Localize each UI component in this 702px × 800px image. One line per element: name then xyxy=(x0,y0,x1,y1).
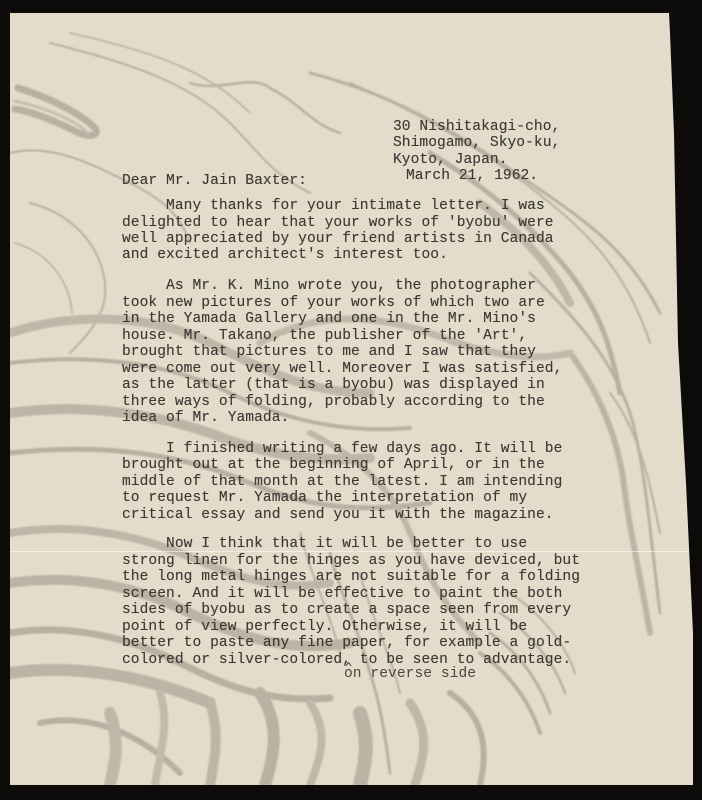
paragraph-3-line: brought out at the beginning of April, o… xyxy=(122,457,545,473)
paragraph-3-line: critical essay and send you it with the … xyxy=(122,507,554,523)
paragraph-2-line: house. Mr. Takano, the publisher of the … xyxy=(122,328,527,344)
letter-body: 30 Nishitakagi-cho, Shimogamo, Skyo-ku, … xyxy=(10,13,693,785)
address-line-1: 30 Nishitakagi-cho, xyxy=(393,119,560,135)
letter-date: March 21, 1962. xyxy=(406,168,538,184)
paragraph-1-line: Many thanks for your intimate letter. I … xyxy=(122,198,545,214)
paragraph-2-line: idea of Mr. Yamada. xyxy=(122,410,289,426)
paragraph-1-line: and excited architect's interest too. xyxy=(122,247,448,263)
paragraph-4-line: the long metal hinges are not suitable f… xyxy=(122,569,580,585)
paragraph-3-line: to request Mr. Yamada the interpretation… xyxy=(122,490,527,506)
paragraph-4-line: point of view perfectly. Otherwise, it w… xyxy=(122,619,527,635)
address-line-2: Shimogamo, Skyo-ku, xyxy=(393,135,560,151)
paragraph-2-line: As Mr. K. Mino wrote you, the photograph… xyxy=(122,278,536,294)
paragraph-4-line: strong linen for the hinges as you have … xyxy=(122,553,580,569)
paragraph-4-line: screen. And it will be effective to pain… xyxy=(122,586,562,602)
paragraph-3-line: I finished writing a few days ago. It wi… xyxy=(122,441,562,457)
paragraph-1-line: well appreciated by your friend artists … xyxy=(122,231,554,247)
paragraph-2-line: in the Yamada Gallery and one in the Mr.… xyxy=(122,311,536,327)
paragraph-4-line: better to paste any fine paper, for exam… xyxy=(122,635,571,651)
paragraph-4-line: Now I think that it will be better to us… xyxy=(122,536,527,552)
paragraph-2-line: brought that pictures to me and I saw th… xyxy=(122,344,536,360)
paragraph-1-line: delighted to hear that your works of 'by… xyxy=(122,215,554,231)
salutation: Dear Mr. Jain Baxter: xyxy=(122,173,307,189)
paragraph-2-line: took new pictures of your works of which… xyxy=(122,295,545,311)
paragraph-2-line: were come out very well. Moreover I was … xyxy=(122,361,562,377)
scanned-letter: 30 Nishitakagi-cho, Shimogamo, Skyo-ku, … xyxy=(0,0,702,800)
paragraph-2-line: three ways of folding, probably accordin… xyxy=(122,394,545,410)
reverse-side-annotation: on reverse side xyxy=(344,666,476,682)
marbled-paper-sheet: 30 Nishitakagi-cho, Shimogamo, Skyo-ku, … xyxy=(10,13,693,785)
address-line-3: Kyoto, Japan. xyxy=(393,152,508,168)
paragraph-2-line: as the latter (that is a byobu) was disp… xyxy=(122,377,545,393)
paragraph-3-line: middle of that month at the latest. I am… xyxy=(122,474,562,490)
paragraph-4-line: sides of byobu as to create a space seen… xyxy=(122,602,571,618)
